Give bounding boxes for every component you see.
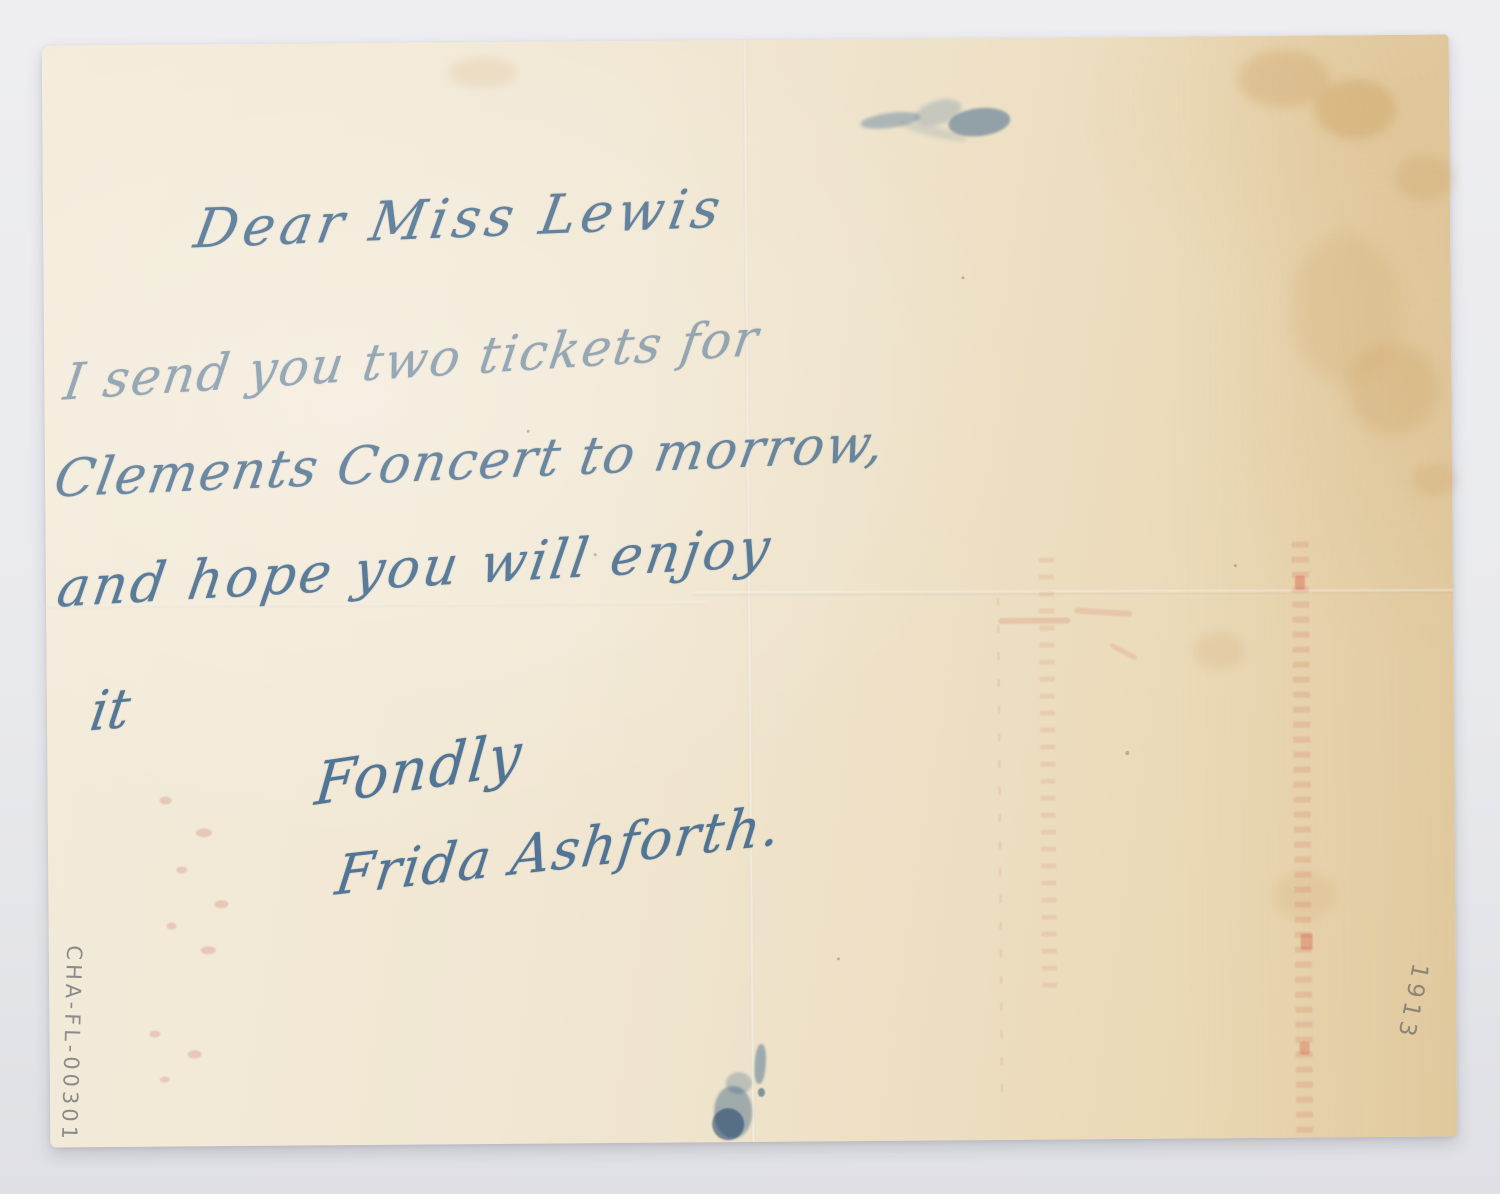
body-line-1: I send you two tickets for — [61, 313, 763, 408]
ghost-red-dash — [1109, 642, 1138, 660]
ghost-red-tick — [1301, 934, 1313, 950]
letter-sheet: Dear Miss Lewis I send you two tickets f… — [42, 34, 1458, 1147]
ghost-red-dash — [998, 617, 1070, 624]
paper-speck — [962, 276, 965, 279]
body-line-4: it — [87, 681, 134, 740]
photo-background: Dear Miss Lewis I send you two tickets f… — [0, 0, 1500, 1194]
ghost-ruled-line — [997, 598, 1003, 1098]
signature-line: Frida Ashforth. — [333, 798, 785, 903]
pink-speck — [196, 828, 212, 837]
pink-speck — [160, 797, 172, 805]
ghost-red-tick — [1300, 1042, 1310, 1055]
foxing-stain — [1346, 343, 1439, 436]
paper-speck — [1234, 564, 1237, 567]
pink-speck — [214, 900, 228, 908]
foxing-stain — [1395, 154, 1455, 200]
ink-streak-bottom — [753, 1044, 766, 1085]
pink-speck — [160, 1077, 170, 1083]
foxing-stain — [1192, 632, 1244, 670]
foxing-stain — [448, 58, 518, 89]
foxing-stain — [1314, 79, 1396, 140]
closing-line: Fondly — [313, 724, 526, 814]
pink-speck — [149, 1031, 160, 1038]
pink-speck — [167, 923, 177, 930]
year-annotation: 1913 — [1392, 961, 1433, 1043]
catalog-number-annotation: CHA-FL-00301 — [57, 945, 86, 1143]
ghost-red-dash — [1074, 607, 1132, 617]
ghost-red-tick — [1295, 576, 1305, 590]
pink-speck — [188, 1050, 202, 1058]
paper-speck — [1125, 751, 1129, 755]
salutation-line: Dear Miss Lewis — [190, 181, 729, 256]
horizontal-fold-crease-right — [692, 589, 1453, 596]
pink-speck — [201, 946, 216, 954]
foxing-stain — [1411, 462, 1457, 496]
ink-blob-bottom — [712, 1108, 744, 1140]
paper-speck — [837, 957, 840, 960]
ink-dot-bottom — [758, 1088, 765, 1097]
body-line-2: Clements Concert to morrow, — [51, 418, 890, 506]
pink-speck — [176, 866, 187, 873]
